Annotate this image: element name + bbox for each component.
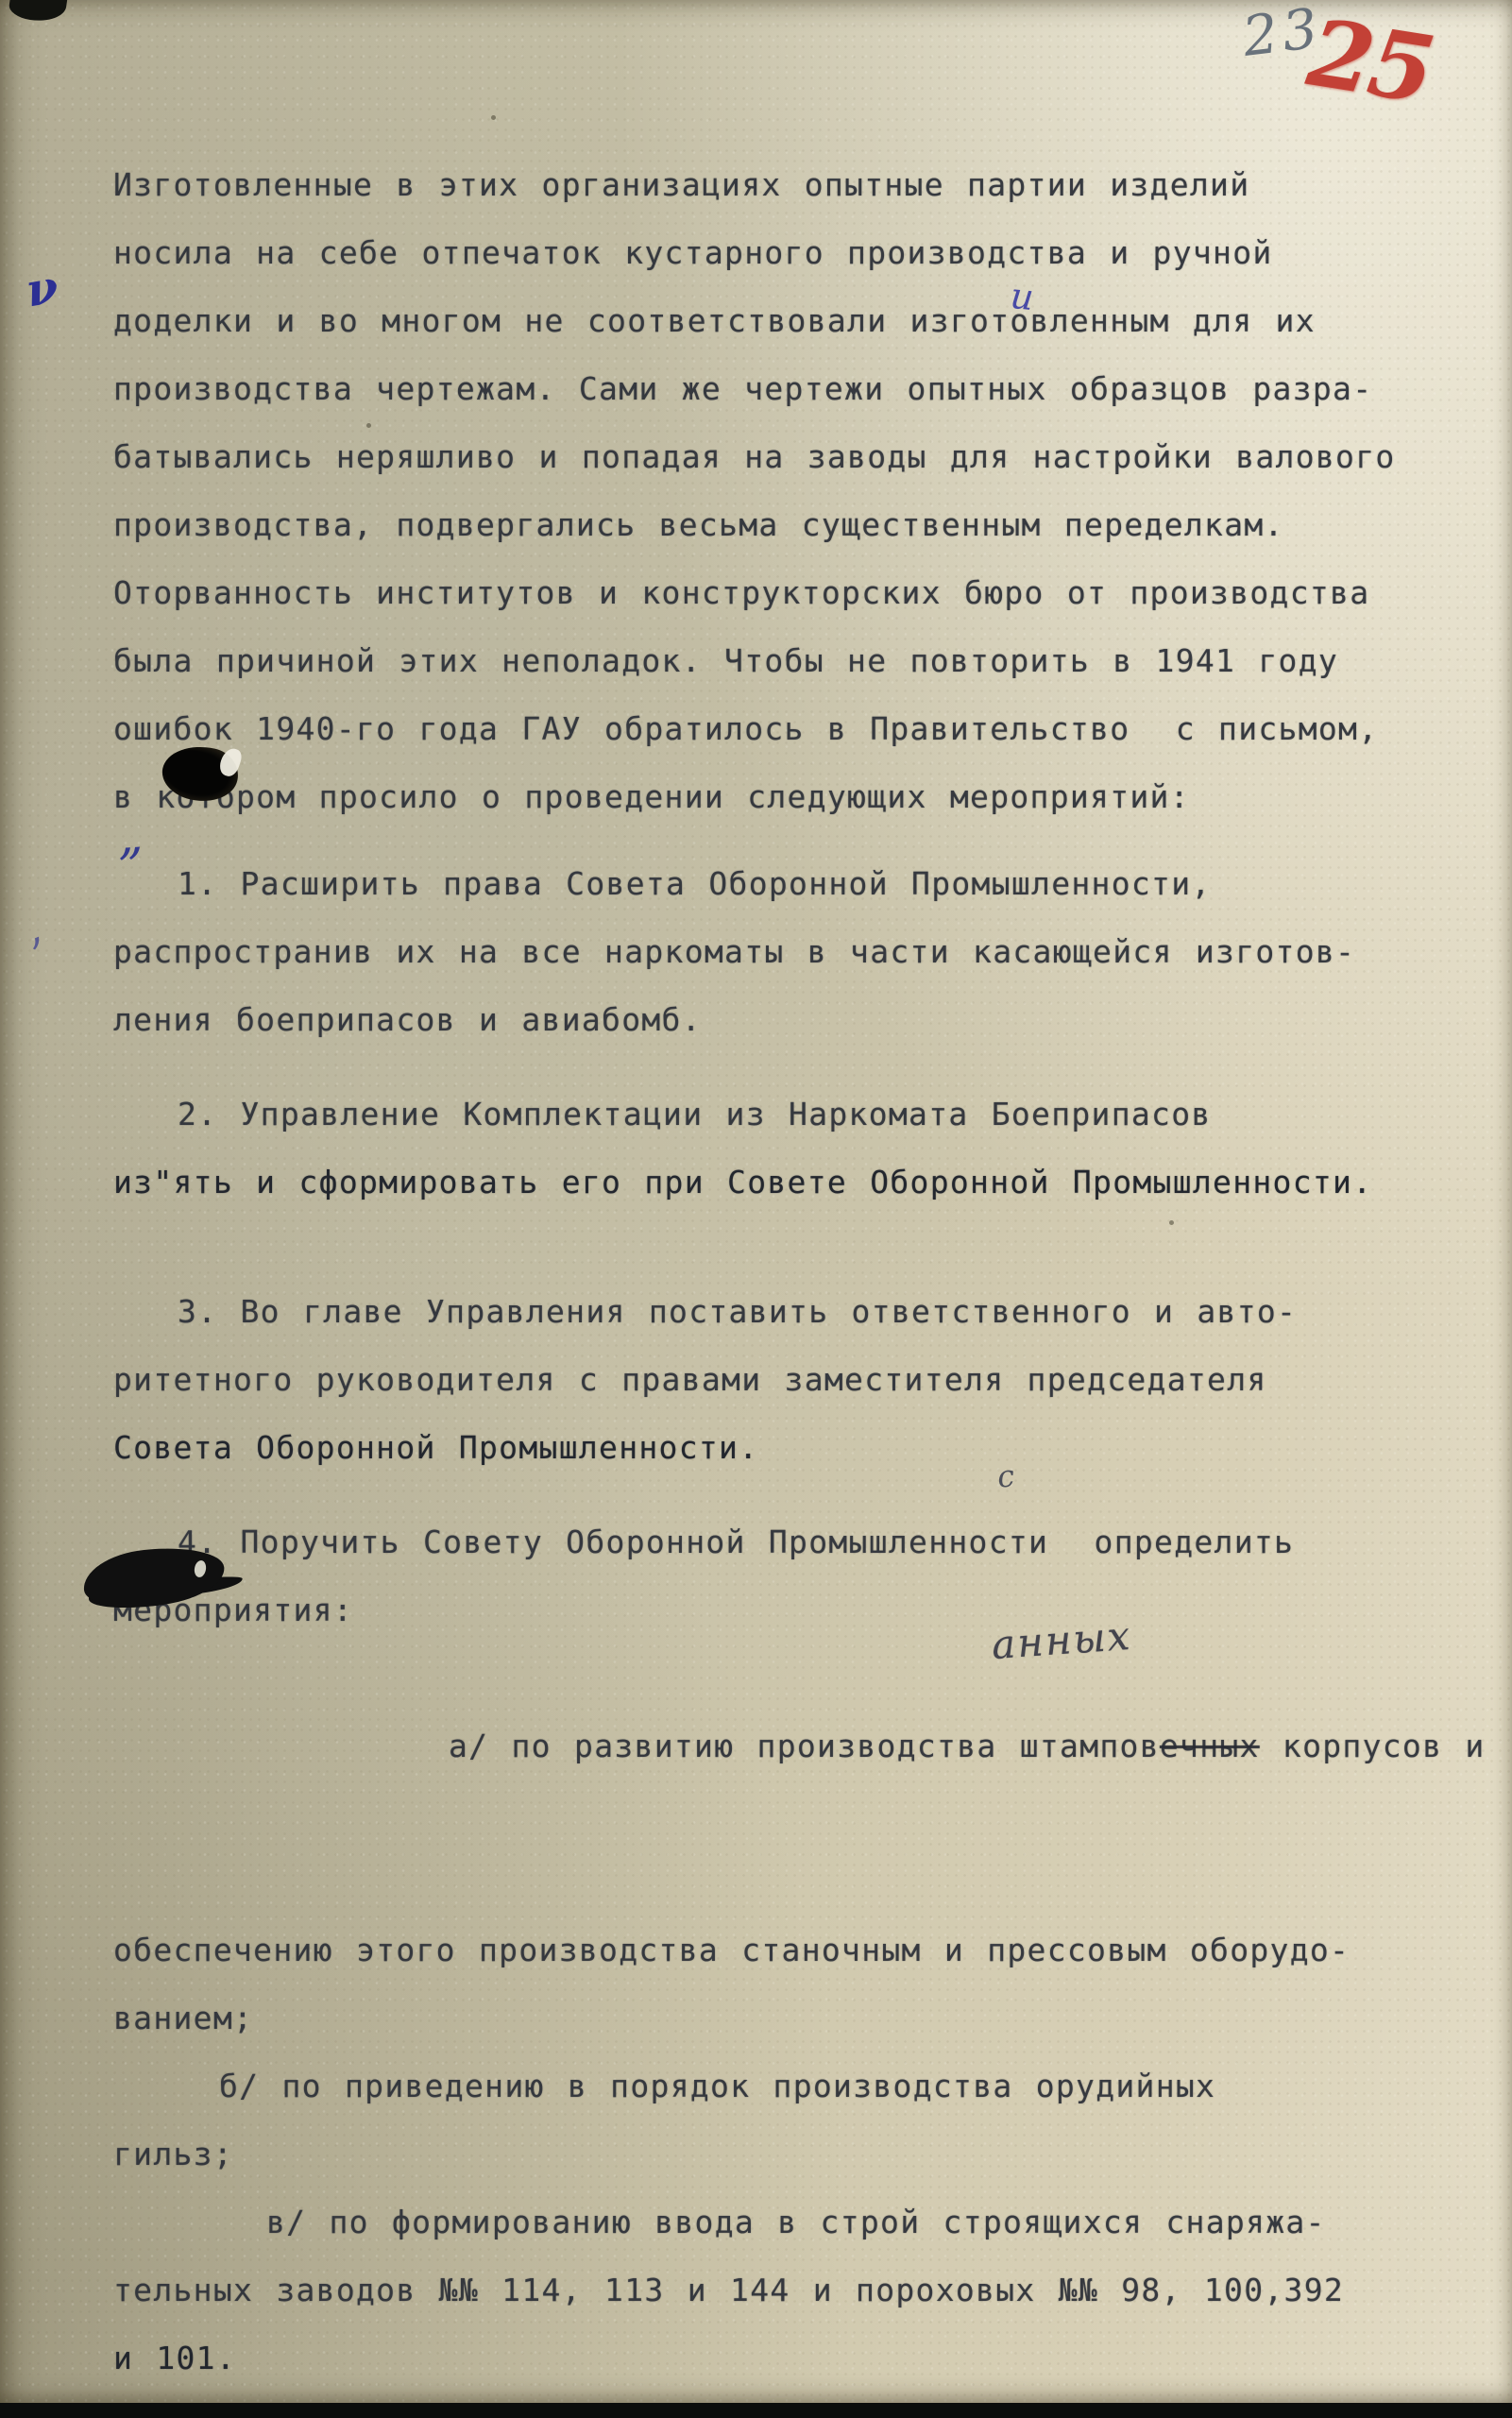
typed-text: а/ по развитию производства штампов [449,1728,1160,1764]
typed-line: 3. Во главе Управления поставить ответст… [113,1278,1473,1346]
typed-line: в котором просило о проведении следующих… [113,763,1473,831]
typed-letter-body: Изготовленные в этих организациях опытны… [113,151,1473,2392]
inserted-letter-annotation: с [995,1457,1016,1495]
strikethrough-text: ечных [1160,1728,1260,1764]
typed-line: 2. Управление Комплектации из Наркомата … [113,1081,1473,1149]
typed-line: ления боеприпасов и авиабомб. [113,986,1473,1054]
typed-line-with-correction: а/ по развитию производства штамповечных… [113,1644,1473,1916]
typed-line: доделки и во многом не соответствовали и… [113,287,1473,355]
typed-line: Оторванность институтов и конструкторски… [113,559,1473,627]
typed-line: распространив их на все наркоматы в част… [113,918,1473,986]
typed-line: батывались неряшливо и попадая на заводы… [113,423,1473,491]
typed-line: из"ять и сформировать его при Совете Обо… [113,1149,1473,1217]
typed-line: гильз; [113,2120,1473,2188]
typed-line: ритетного руководителя с правами замести… [113,1346,1473,1414]
typed-line: в/ по формированию ввода в строй строящи… [113,2188,1473,2256]
ink-overwrite-letter: и [1009,275,1036,318]
typed-line: тельных заводов №№ 114, 113 и 144 и поро… [113,2256,1473,2324]
typed-line: мероприятия: [113,1576,1473,1644]
scanned-letter-page: 23 25 Изготовленные в этих организациях … [0,0,1512,2418]
photo-bottom-edge [0,2403,1512,2418]
typed-line: Совета Оборонной Промышленности. [113,1414,1473,1482]
margin-quote-mark: „ [115,808,144,866]
typed-line: ванием; [113,1984,1473,2052]
typed-line: обеспечению этого производства станочным… [113,1916,1473,1984]
typed-line: и 101. [113,2324,1473,2392]
typed-line: производства, подвергались весьма сущест… [113,491,1473,559]
typed-text: корпусов и [1260,1728,1486,1764]
page-number-red: 25 [1301,0,1438,125]
typed-line: 4. Поручить Совету Оборонной Промышленно… [113,1508,1473,1576]
typed-line: Изготовленные в этих организациях опытны… [113,151,1473,219]
typed-line: б/ по приведению в порядок производства … [113,2052,1473,2120]
paper-speck [491,115,496,120]
typed-line: носила на себе отпечаток кустарного прои… [113,219,1473,287]
typed-line: 1. Расширить права Совета Оборонной Пром… [113,850,1473,918]
handwritten-correction: анных [990,1602,1134,1679]
typed-line: производства чертежам. Сами же чертежи о… [113,355,1473,423]
typed-line: ошибок 1940-го года ГАУ обратилось в Пра… [113,695,1473,763]
typed-line: была причиной этих неполадок. Чтобы не п… [113,627,1473,695]
